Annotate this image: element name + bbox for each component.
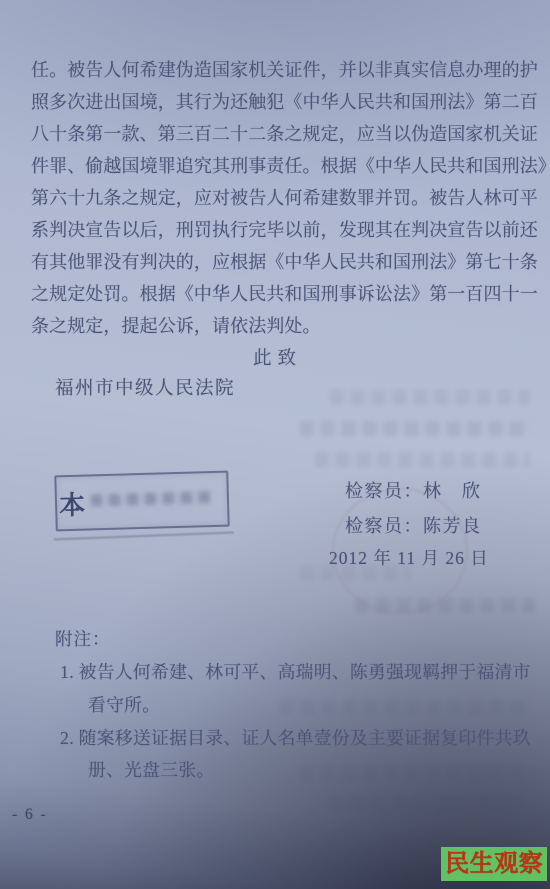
body-line: 任。被告人何希建伪造国家机关证件，并以非真实信息办理的护	[31, 54, 543, 86]
note-item-1-line-1: 1. 被告人何希建、林可平、高瑞明、陈勇强现羁押于福清市	[60, 661, 531, 683]
closing-salutation: 此致	[253, 344, 302, 370]
document-date: 2012 年 11 月 26 日	[329, 545, 489, 570]
watermark-label: 民生观察	[441, 847, 547, 881]
note-item-2-line-2: 册、光盘三张。	[88, 759, 215, 781]
prosecutor-signature-1: 检察员：林 欣	[345, 477, 482, 503]
stamp-visible-character: 本	[59, 485, 86, 523]
faded-verification-stamp: 本	[54, 471, 229, 532]
bleed-through-text	[300, 421, 530, 436]
body-line: 第六十九条之规定，应对被告人何希建数罪并罚。被告人林可平	[31, 182, 543, 214]
notes-section-title: 附注：	[55, 626, 111, 651]
page-number: - 6 -	[12, 806, 48, 824]
prosecutor-name: 林 欣	[423, 481, 482, 501]
bleed-through-text	[330, 795, 520, 810]
body-line: 有其他罪没有判决的，应根据《中华人民共和国刑法》第七十条	[31, 246, 543, 278]
indictment-body-text: 任。被告人何希建伪造国家机关证件，并以非真实信息办理的护 照多次进出国境，其行为…	[31, 54, 543, 342]
note-item-1-line-2: 看守所。	[88, 694, 160, 716]
body-line: 系判决宣告以后，刑罚执行完毕以前，发现其在判决宣告以前还	[31, 214, 543, 246]
bleed-through-text	[330, 390, 530, 405]
bleed-through-text	[280, 700, 530, 715]
body-line: 件罪、偷越国境罪追究其刑事责任。根据《中华人民共和国刑法》	[31, 150, 543, 182]
body-line: 八十条第一款、第三百二十二条之规定，应当以伪造国家机关证	[31, 118, 543, 150]
addressee-court-name: 福州市中级人民法院	[55, 374, 235, 400]
note-item-2-line-1: 2. 随案移送证据目录、证人名单壹份及主要证据复印件共玖	[60, 727, 531, 749]
prosecutor-role-label: 检察员：	[345, 481, 423, 501]
prosecutor-role-label: 检察员：	[345, 516, 423, 536]
prosecutor-signature-2: 检察员：陈芳良	[345, 512, 482, 538]
stamp-edge-smudge	[54, 532, 234, 541]
prosecutor-name: 陈芳良	[423, 516, 482, 536]
body-line: 之规定处罚。根据《中华人民共和国刑事诉讼法》第一百四十一	[31, 278, 543, 310]
document-photo: 任。被告人何希建伪造国家机关证件，并以非真实信息办理的护 照多次进出国境，其行为…	[0, 0, 550, 889]
stamp-faded-text	[91, 491, 211, 506]
bleed-through-text	[300, 766, 530, 781]
bleed-through-text	[315, 452, 530, 467]
body-line: 照多次进出国境，其行为还触犯《中华人民共和国刑法》第二百	[31, 86, 543, 118]
body-line: 条之规定，提起公诉，请依法判处。	[31, 310, 543, 342]
